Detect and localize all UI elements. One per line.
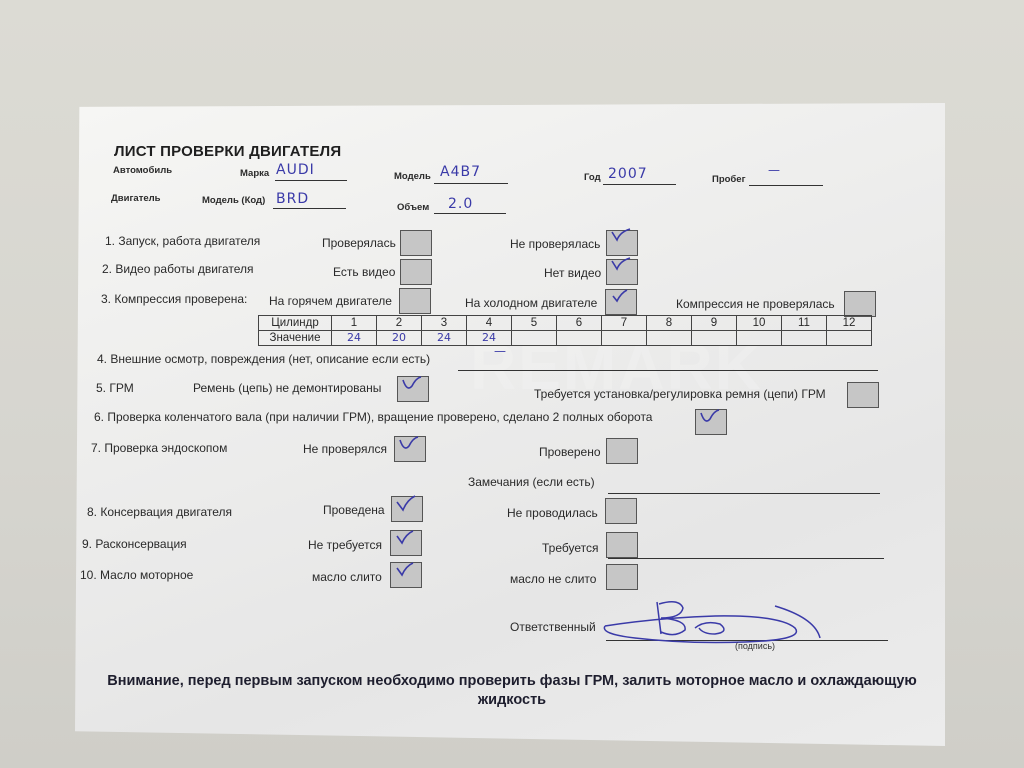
item-10-option-2-label: масло не слито (510, 572, 596, 586)
value-cell[interactable] (737, 331, 782, 346)
item-1-checkbox-checked[interactable] (400, 230, 432, 256)
item-8-label: 8. Консервация двигателя (87, 505, 232, 519)
item-2-label: 2. Видео работы двигателя (102, 262, 254, 276)
cylinder-cell: 8 (647, 316, 692, 331)
volume-label: Объем (397, 202, 429, 213)
checkmark-icon (609, 287, 631, 307)
cylinder-cell: 12 (827, 316, 872, 331)
item-9-checkbox-not-required[interactable] (390, 530, 422, 556)
item-8-option-1-label: Проведена (323, 503, 385, 517)
signature-caption: (подпись) (735, 641, 775, 651)
engine-code-value[interactable]: BRD (276, 191, 309, 207)
item-7-checkbox-not-checked[interactable] (394, 436, 426, 462)
year-label: Год (584, 172, 601, 183)
brand-value[interactable]: AUDI (276, 162, 315, 178)
remarks-label: Замечания (если есть) (468, 475, 595, 489)
engine-code-underline (273, 208, 346, 209)
table-row-cylinders: Цилиндр 1 2 3 4 5 6 7 8 9 10 11 12 (259, 316, 872, 331)
photo-background: REMARK ЛИСТ ПРОВЕРКИ ДВИГАТЕЛЯ Автомобил… (0, 0, 1024, 768)
item-4-value[interactable]: — (494, 344, 507, 358)
value-cell[interactable] (512, 331, 557, 346)
value-cell[interactable]: 20 (377, 331, 422, 346)
checkmark-icon (610, 228, 632, 248)
mileage-label: Пробег (712, 174, 746, 185)
checkmark-icon (394, 560, 416, 580)
value-cell[interactable]: 24 (332, 331, 377, 346)
year-underline (603, 184, 676, 185)
item-5-checkbox-adjustment-required[interactable] (847, 382, 879, 408)
cylinder-cell: 4 (467, 316, 512, 331)
item-2-checkbox-video[interactable] (400, 259, 432, 285)
table-row-values: Значение 24 20 24 24 (259, 331, 872, 346)
brand-label: Марка (240, 168, 269, 179)
checkmark-icon (394, 528, 416, 548)
item-1-label: 1. Запуск, работа двигателя (105, 234, 260, 248)
cylinder-cell: 2 (377, 316, 422, 331)
item-9-underline (608, 558, 884, 559)
value-cell[interactable] (827, 331, 872, 346)
footer-warning: Внимание, перед первым запуском необходи… (92, 672, 932, 710)
item-3-checkbox-hot[interactable] (399, 288, 431, 314)
volume-underline (434, 213, 506, 214)
item-8-checkbox-done[interactable] (391, 496, 423, 522)
checkmark-icon (610, 257, 632, 277)
item-10-checkbox-drained[interactable] (390, 562, 422, 588)
volume-value[interactable]: 2.0 (448, 196, 473, 212)
item-1-option-2-label: Не проверялась (510, 237, 600, 251)
cylinder-cell: 1 (332, 316, 377, 331)
item-1-option-1-label: Проверялась (322, 236, 396, 250)
checkmark-icon (401, 374, 423, 394)
engine-section-label: Двигатель (111, 193, 161, 204)
item-3-option-2-label: На холодном двигателе (465, 296, 597, 310)
remarks-underline (608, 493, 880, 494)
item-2-checkbox-no-video[interactable] (606, 259, 638, 285)
value-cell[interactable] (692, 331, 737, 346)
item-5-label: 5. ГРМ (96, 381, 134, 395)
value-cell[interactable] (557, 331, 602, 346)
model-value[interactable]: A4B7 (440, 164, 481, 180)
item-3-checkbox-cold[interactable] (605, 289, 637, 315)
checkmark-icon (395, 494, 417, 514)
item-7-label: 7. Проверка эндоскопом (91, 441, 227, 455)
cylinder-cell: 3 (422, 316, 467, 331)
document-title: ЛИСТ ПРОВЕРКИ ДВИГАТЕЛЯ (114, 143, 341, 160)
item-3-checkbox-not-checked[interactable] (844, 291, 876, 317)
cylinder-cell: 9 (692, 316, 737, 331)
mileage-value[interactable]: — (768, 163, 781, 177)
value-cell[interactable]: 24 (422, 331, 467, 346)
model-underline (434, 183, 508, 184)
checkmark-icon (699, 407, 721, 427)
item-10-label: 10. Масло моторное (80, 568, 193, 582)
item-5-option-2-label: Требуется установка/регулировка ремня (ц… (534, 387, 826, 401)
signature-scribble-icon (595, 598, 835, 658)
item-9-checkbox-required[interactable] (606, 532, 638, 558)
cylinder-cell: 11 (782, 316, 827, 331)
item-4-underline (458, 370, 878, 371)
compression-table: Цилиндр 1 2 3 4 5 6 7 8 9 10 11 12 Значе… (258, 315, 872, 346)
value-header: Значение (259, 331, 332, 346)
value-cell[interactable] (782, 331, 827, 346)
item-2-option-2-label: Нет видео (544, 266, 601, 280)
cylinder-cell: 6 (557, 316, 602, 331)
model-label: Модель (394, 171, 431, 182)
signature-label: Ответственный (510, 620, 596, 634)
item-10-option-1-label: масло слито (312, 570, 382, 584)
item-7-checkbox-checked[interactable] (606, 438, 638, 464)
cylinder-cell: 10 (737, 316, 782, 331)
item-5-option-1-label: Ремень (цепь) не демонтированы (193, 381, 381, 395)
item-10-checkbox-not-drained[interactable] (606, 564, 638, 590)
item-9-option-1-label: Не требуется (308, 538, 382, 552)
item-1-checkbox-not-checked[interactable] (606, 230, 638, 256)
item-4-label: 4. Внешние осмотр, повреждения (нет, опи… (97, 352, 430, 366)
item-8-checkbox-not-done[interactable] (605, 498, 637, 524)
year-value[interactable]: 2007 (608, 166, 648, 182)
value-cell[interactable] (647, 331, 692, 346)
item-6-checkbox-crankshaft[interactable] (695, 409, 727, 435)
brand-underline (275, 180, 347, 181)
item-5-checkbox-not-dismounted[interactable] (397, 376, 429, 402)
item-3-label: 3. Компрессия проверена: (101, 292, 247, 306)
item-3-option-1-label: На горячем двигателе (269, 294, 392, 308)
engine-code-label: Модель (Код) (202, 195, 265, 206)
cylinder-header: Цилиндр (259, 316, 332, 331)
value-cell[interactable] (602, 331, 647, 346)
item-7-option-1-label: Не проверялся (303, 442, 387, 456)
cylinder-cell: 5 (512, 316, 557, 331)
item-9-option-2-label: Требуется (542, 541, 598, 555)
cylinder-cell: 7 (602, 316, 647, 331)
item-6-label: 6. Проверка коленчатого вала (при наличи… (94, 410, 652, 424)
item-3-option-3-label: Компрессия не проверялась (676, 297, 835, 311)
item-2-option-1-label: Есть видео (333, 265, 395, 279)
item-7-option-2-label: Проверено (539, 445, 601, 459)
item-9-label: 9. Расконсервация (82, 537, 187, 551)
mileage-underline (749, 185, 823, 186)
item-8-option-2-label: Не проводилась (507, 506, 598, 520)
checkmark-icon (398, 434, 420, 454)
vehicle-section-label: Автомобиль (113, 165, 172, 176)
